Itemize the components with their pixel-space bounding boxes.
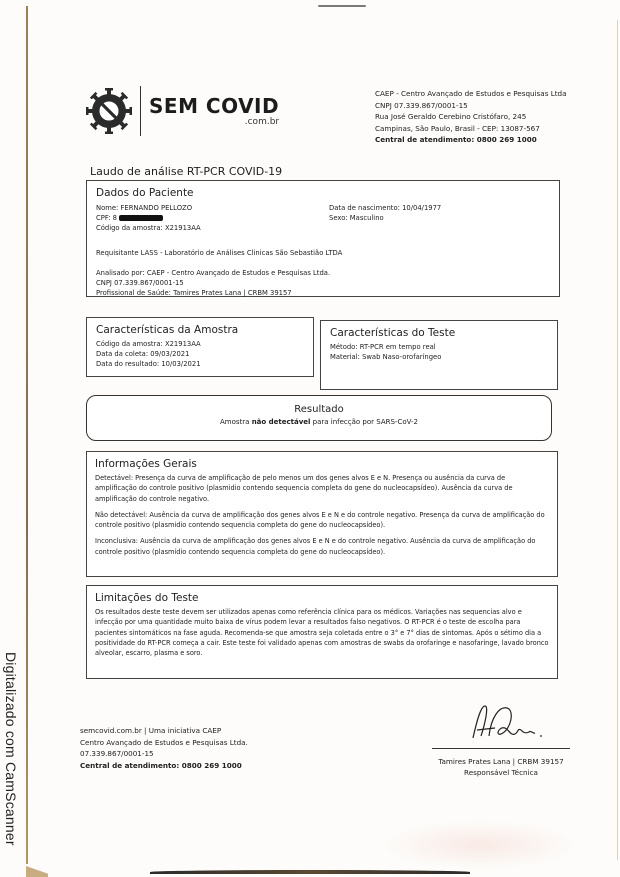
section-title: Resultado: [87, 404, 551, 415]
patient-birth-date: Data de nascimento: 10/04/1977: [329, 203, 441, 213]
section-title: Características do Teste: [330, 327, 548, 339]
limitations-text: Os resultados deste teste devem ser util…: [95, 607, 549, 658]
result-date: Data do resultado: 10/03/2021: [96, 359, 304, 369]
limitations-section: Limitações do Teste Os resultados deste …: [86, 585, 558, 679]
result-section: Resultado Amostra não detectável para in…: [86, 395, 552, 441]
logo: SEM COVID .com.br: [86, 86, 279, 136]
patient-cpf: CPF: 8: [96, 213, 201, 223]
info-inconclusive: Inconclusiva: Ausência da curva de ampli…: [95, 536, 549, 557]
analyzer-cnpj: CNPJ 07.339.867/0001-15: [96, 278, 330, 288]
footer-phone: Central de atendimento: 0800 269 1000: [80, 760, 248, 772]
page-corner: [26, 866, 48, 877]
footer-cnpj: 07.339.867/0001-15: [80, 748, 248, 760]
collection-date: Data da coleta: 09/03/2021: [96, 349, 304, 359]
result-suffix: para infecção por SARS-CoV-2: [310, 418, 418, 426]
analyzed-by: Analisado por: CAEP - Centro Avançado de…: [96, 268, 330, 278]
page-edge: [617, 20, 618, 860]
company-cnpj: CNPJ 07.339.867/0001-15: [375, 100, 567, 112]
sample-section: Características da Amostra Código da amo…: [86, 317, 314, 377]
logo-domain: .com.br: [245, 117, 279, 127]
company-phone: Central de atendimento: 0800 269 1000: [375, 134, 567, 146]
company-name: CAEP - Centro Avançado de Estudos e Pesq…: [375, 88, 567, 100]
company-address: Rua José Geraldo Cerebino Cristófaro, 24…: [375, 111, 567, 123]
section-title: Dados do Paciente: [96, 187, 550, 199]
patient-sex: Sexo: Masculino: [329, 213, 441, 223]
test-material: Material: Swab Naso-orofaríngeo: [330, 352, 548, 362]
test-section: Características do Teste Método: RT-PCR …: [320, 320, 558, 390]
scan-mark: [318, 5, 366, 7]
signature: [455, 700, 555, 748]
scanner-watermark: Digitalizado com CamScanner: [3, 652, 19, 846]
patient-sample-code: Código da amostra: X21913AA: [96, 223, 201, 233]
virus-prohibited-icon: [86, 88, 132, 134]
footer-info: semcovid.com.br | Uma iniciativa CAEP Ce…: [80, 725, 248, 771]
logo-name: SEM COVID: [149, 95, 279, 117]
result-status: não detectável: [252, 418, 311, 426]
sample-code: Código da amostra: X21913AA: [96, 339, 304, 349]
page-edge: [26, 6, 28, 864]
paper-stain: [380, 820, 580, 870]
general-info-section: Informações Gerais Detectável: Presença …: [86, 451, 558, 577]
patient-section: Dados do Paciente Nome: FERNANDO PELLOZO…: [86, 180, 560, 297]
requester: Requisitante LASS - Laboratório de Análi…: [96, 248, 342, 258]
footer-site: semcovid.com.br | Uma iniciativa CAEP: [80, 725, 248, 737]
logo-divider: [140, 86, 141, 136]
signatory: Tamires Prates Lana | CRBM 39157 Respons…: [436, 756, 566, 778]
signatory-name: Tamires Prates Lana | CRBM 39157: [436, 756, 566, 767]
info-detectable: Detectável: Presença da curva de amplifi…: [95, 473, 549, 504]
company-info: CAEP - Centro Avançado de Estudos e Pesq…: [375, 88, 567, 146]
section-title: Informações Gerais: [95, 458, 549, 470]
signature-line: [432, 748, 570, 749]
document-title: Laudo de análise RT-PCR COVID-19: [90, 165, 282, 178]
page-bottom-edge: [150, 870, 470, 874]
section-title: Características da Amostra: [96, 324, 304, 336]
signatory-role: Responsável Técnica: [436, 767, 566, 778]
info-not-detectable: Não detectável: Ausência da curva de amp…: [95, 510, 549, 531]
health-professional: Profissional de Saúde: Tamires Prates La…: [96, 288, 330, 298]
section-title: Limitações do Teste: [95, 592, 549, 604]
company-city: Campinas, São Paulo, Brasil - CEP: 13087…: [375, 123, 567, 135]
redacted-cpf: [119, 215, 163, 221]
patient-name: Nome: FERNANDO PELLOZO: [96, 203, 201, 213]
footer-company: Centro Avançado de Estudos e Pesquisas L…: [80, 737, 248, 749]
cpf-label: CPF: 8: [96, 214, 117, 222]
test-method: Método: RT-PCR em tempo real: [330, 342, 548, 352]
result-prefix: Amostra: [220, 418, 252, 426]
result-text: Amostra não detectável para infecção por…: [87, 418, 551, 426]
